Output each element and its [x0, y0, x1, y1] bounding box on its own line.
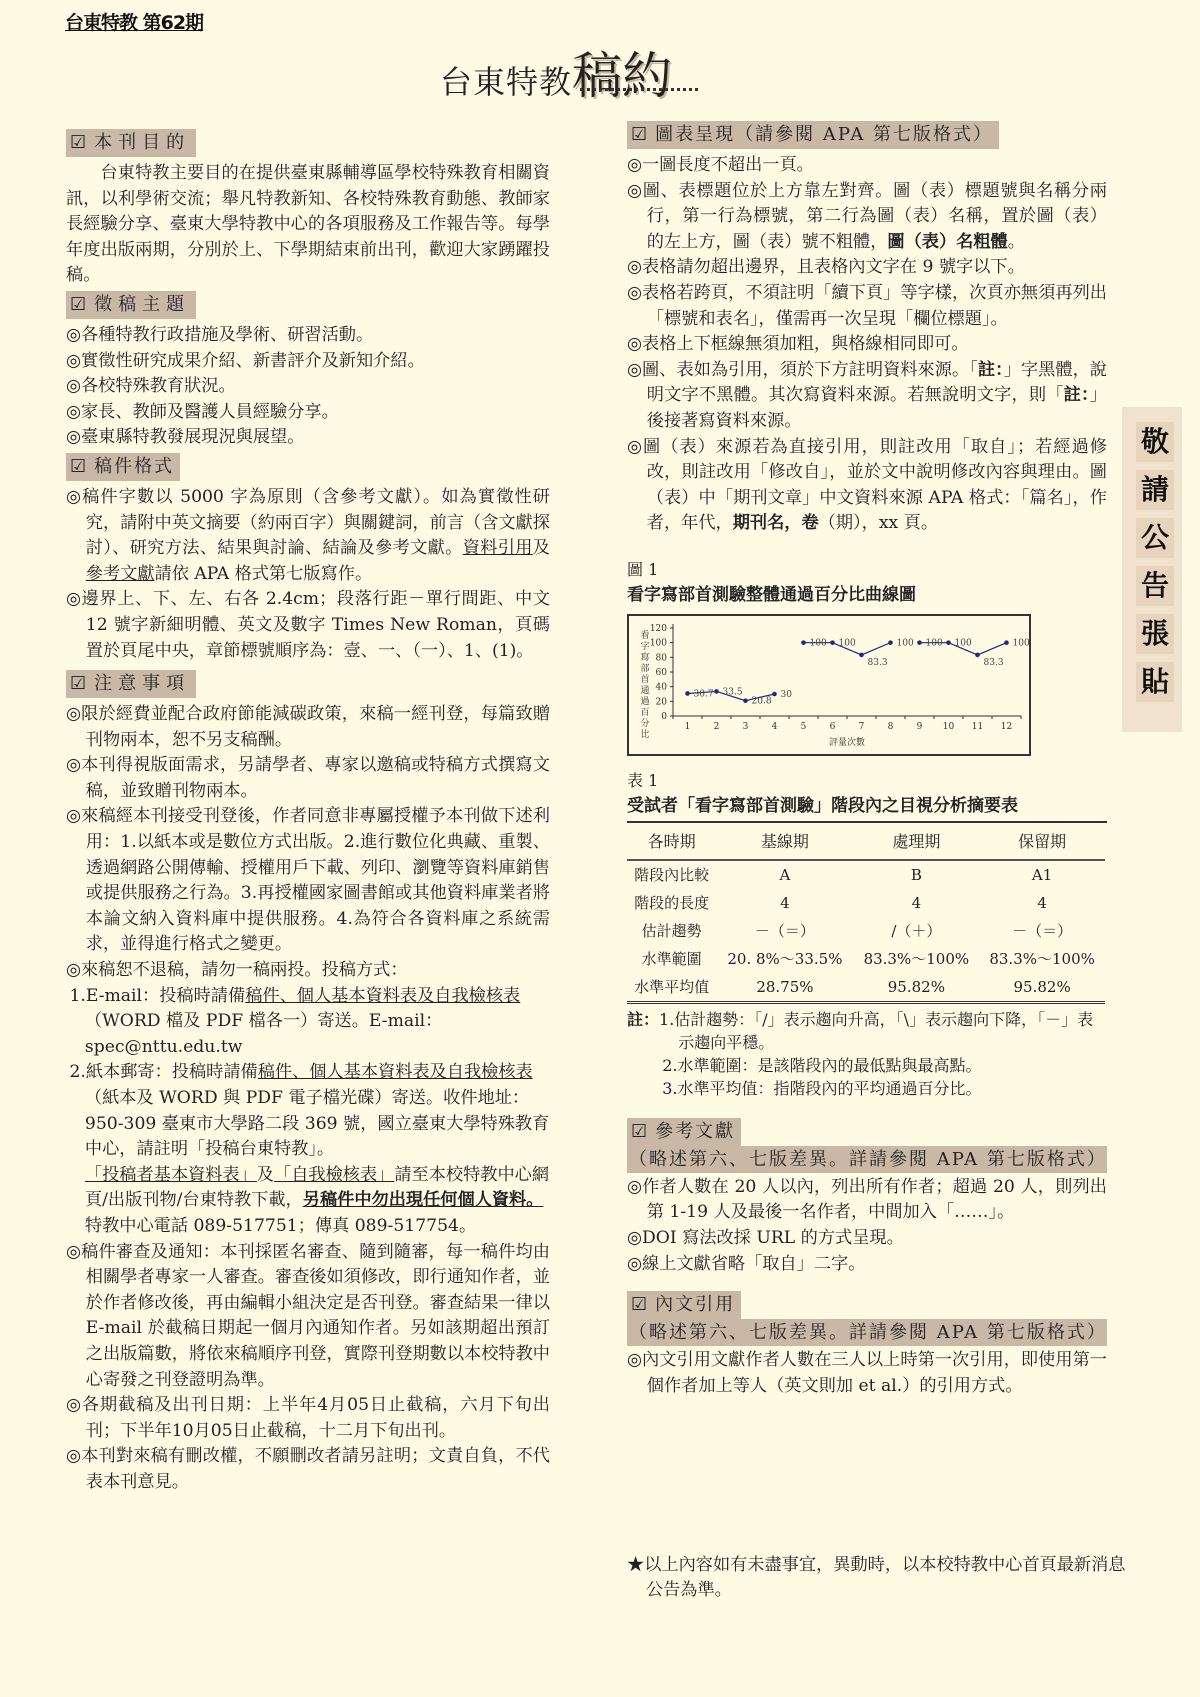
table-title: 受試者「看字寫部首測驗」階段內之目視分析摘要表	[627, 794, 1107, 824]
banner-char: 告	[1136, 566, 1174, 606]
checkbox-icon: ☑	[70, 456, 86, 477]
table-header-row: 各時期 基線期 處理期 保留期	[627, 823, 1105, 860]
svg-text:1: 1	[685, 722, 691, 732]
banner-char: 敬	[1136, 422, 1174, 462]
svg-text:12: 12	[1001, 722, 1012, 732]
citation-rule: ◎內文引用文獻作者人數在三人以上時第一次引用，即使用第一個作者加上等人（英文則加…	[627, 1348, 1107, 1399]
right-column: ☑圖表呈現（請參閱 APA 第七版格式） ◎一圖長度不超出一頁。 ◎圖、表標題位…	[627, 119, 1107, 1399]
submit-mail-method: 2.紙本郵寄：投稿時請備稿件、個人基本資料表及自我檢核表（紙本及 WORD 與 …	[66, 1060, 550, 1162]
notice-item: ◎限於經費並配合政府節能減碳政策，來稿一經刊登，每篇致贈刊物兩本，恕不另支稿酬。	[66, 702, 550, 753]
reference-rule: ◎DOI 寫法改採 URL 的方式呈現。	[627, 1226, 1107, 1252]
svg-text:100: 100	[839, 639, 856, 649]
svg-text:2: 2	[714, 722, 720, 732]
svg-text:100: 100	[810, 639, 827, 649]
topic-item: ◎臺東縣特教發展現況與展望。	[66, 425, 550, 451]
summary-table: 各時期 基線期 處理期 保留期 階段內比較ABA1 階段的長度444 估計趨勢－…	[627, 823, 1105, 1004]
svg-text:過: 過	[640, 696, 649, 707]
reference-rule: ◎作者人數在 20 人以內，列出所有作者；超過 20 人，則列出第 1-19 人…	[627, 1175, 1107, 1226]
svg-text:3: 3	[743, 722, 749, 732]
figure-rule: ◎表格請勿超出邊界，且表格內文字在 9 號字以下。	[627, 255, 1107, 281]
svg-text:80: 80	[656, 653, 668, 663]
banner-char: 張	[1136, 614, 1174, 654]
svg-text:83.3: 83.3	[868, 658, 888, 668]
svg-text:20.8: 20.8	[752, 697, 772, 707]
figure-rule: ◎表格若跨頁，不須註明「續下頁」等字樣，次頁亦無須再列出「標號和表名」，僅需再一…	[627, 281, 1107, 332]
checkbox-icon: ☑	[70, 132, 86, 153]
banner-char: 公	[1136, 518, 1174, 558]
svg-text:8: 8	[888, 722, 894, 732]
svg-text:4: 4	[772, 722, 778, 732]
figure-label: 圖 1	[627, 557, 1107, 583]
table-row: 水準平均值28.75%95.82%95.82%	[627, 973, 1105, 1003]
reference-rule: ◎線上文獻省略「取自」二字。	[627, 1252, 1107, 1278]
footer-note: ★以上內容如有未盡事宜，異動時，以本校特教中心首頁最新消息公告為準。	[627, 1553, 1126, 1603]
figure-rule: ◎圖、表如為引用，須於下方註明資料來源。「註：」字黑體，說明文字不黑體。其次寫資…	[627, 358, 1107, 435]
svg-text:6: 6	[830, 722, 836, 732]
figure-rule: ◎圖、表標題位於上方靠左對齊。圖（表）標題號與名稱分兩行，第一行為標號，第二行為…	[627, 179, 1107, 256]
figure-title: 看字寫部首測驗整體通過百分比曲線圖	[627, 583, 1107, 609]
table-label: 表 1	[627, 768, 1107, 794]
title-prefix: 台東特教	[440, 63, 572, 101]
citation-subheading: （略述第六、七版差異。詳請參閱 APA 第七版格式）	[627, 1319, 1107, 1346]
issue-label: 台東特教 第62期	[65, 8, 203, 35]
svg-text:5: 5	[801, 722, 807, 732]
svg-text:部: 部	[640, 662, 649, 674]
section-heading-purpose: ☑本刊目的	[66, 129, 196, 157]
notice-item: ◎本刊得視版面需求，另請學者、專家以邀稿或特稿方式撰寫文稿，並致贈刊物兩本。	[66, 753, 550, 804]
svg-text:百: 百	[640, 707, 649, 718]
notice-item: ◎各期截稿及出刊日期：上半年4月05日止截稿，六月下旬出刊；下半年10月05日止…	[66, 1393, 550, 1444]
table-row: 水準範圍20. 8%～33.5%83.3%～100%83.3%～100%	[627, 945, 1105, 973]
svg-text:30: 30	[781, 690, 793, 700]
svg-text:100: 100	[650, 639, 667, 649]
svg-text:分: 分	[640, 717, 649, 729]
format-item: ◎稿件字數以 5000 字為原則（含參考文獻）。如為實徵性研究，請附中英文摘要（…	[66, 485, 550, 587]
svg-text:7: 7	[859, 722, 865, 732]
left-column: ☑本刊目的 台東特教主要目的在提供臺東縣輔導區學校特殊教育相關資訊，以利學術交流…	[66, 127, 550, 1496]
section-heading-citation: ☑內文引用	[627, 1291, 741, 1319]
svg-text:33.5: 33.5	[723, 688, 743, 698]
svg-text:看: 看	[640, 629, 649, 641]
notice-item: ◎來稿恕不退稿，請勿一稿兩投。投稿方式：	[66, 958, 550, 984]
svg-text:100: 100	[1013, 639, 1030, 649]
title-dotted-underline	[580, 88, 698, 91]
references-subheading: （略述第六、七版差異。詳請參閱 APA 第七版格式）	[627, 1146, 1107, 1173]
table-row: 估計趨勢－（＝）/（＋）－（＝）	[627, 917, 1105, 945]
line-chart: 020406080100120123456789101112評量次數看字寫部首通…	[627, 614, 1031, 756]
section-heading-references: ☑參考文獻	[627, 1118, 741, 1146]
figure-rule: ◎表格上下框線無須加粗，與格線相同即可。	[627, 332, 1107, 358]
purpose-paragraph: 台東特教主要目的在提供臺東縣輔導區學校特殊教育相關資訊，以利學術交流；舉凡特教新…	[66, 161, 550, 289]
checkbox-icon: ☑	[631, 124, 647, 145]
checkbox-icon: ☑	[631, 1294, 647, 1315]
notice-item: ◎稿件審查及通知：本刊採匿名審查、隨到隨審，每一稿件均由相關學者專家一人審查。審…	[66, 1240, 550, 1394]
svg-text:通: 通	[640, 685, 649, 696]
contact-phone: 特教中心電話 089-517751；傳真 089-517754。	[66, 1214, 550, 1240]
figure-rule: ◎圖（表）來源若為直接引用，則註改用「取自」；若經過修改，則註改用「修改自」，並…	[627, 435, 1107, 537]
checkbox-icon: ☑	[631, 1121, 647, 1142]
download-forms-note: 「投稿者基本資料表」及「自我檢核表」請至本校特教中心網頁/出版刊物/台東特教下載…	[66, 1163, 550, 1214]
svg-text:10: 10	[943, 722, 955, 732]
notice-item: ◎本刊對來稿有刪改權，不願刪改者請另註明；文責自負，不代表本刊意見。	[66, 1444, 550, 1495]
section-heading-topics: ☑徵稿主題	[66, 291, 196, 319]
table-row: 階段內比較ABA1	[627, 860, 1105, 889]
topic-item: ◎各校特殊教育狀況。	[66, 374, 550, 400]
svg-text:首: 首	[640, 673, 649, 685]
section-heading-format: ☑稿件格式	[66, 453, 180, 481]
svg-text:30.7: 30.7	[694, 690, 714, 700]
chart-canvas: 020406080100120123456789101112評量次數看字寫部首通…	[629, 616, 1029, 754]
table-notes: 註：1.估計趨勢：「/」表示趨向升高，「\」表示趨向下降，「－」表示趨向平穩。 …	[627, 1008, 1107, 1100]
banner-char: 貼	[1136, 662, 1174, 702]
svg-text:40: 40	[656, 683, 668, 693]
section-heading-figures: ☑圖表呈現（請參閱 APA 第七版格式）	[627, 121, 999, 149]
svg-text:120: 120	[650, 624, 667, 634]
svg-text:60: 60	[656, 668, 668, 678]
checkbox-icon: ☑	[70, 294, 86, 315]
table-row: 階段的長度444	[627, 889, 1105, 917]
svg-text:9: 9	[917, 722, 923, 732]
svg-text:寫: 寫	[640, 651, 649, 663]
svg-text:100: 100	[955, 639, 972, 649]
page-title: 台東特教稿約	[440, 36, 672, 108]
topic-item: ◎各種特教行政措施及學術、研習活動。	[66, 323, 550, 349]
svg-text:字: 字	[640, 640, 649, 652]
topic-item: ◎家長、教師及醫護人員經驗分享。	[66, 400, 550, 426]
title-main: 稿約	[572, 47, 672, 105]
banner-char: 請	[1136, 470, 1174, 510]
svg-text:100: 100	[897, 639, 914, 649]
svg-text:20: 20	[656, 697, 668, 707]
svg-text:0: 0	[661, 712, 667, 722]
checkbox-icon: ☑	[70, 673, 86, 694]
svg-text:11: 11	[972, 722, 983, 732]
notice-item: ◎來稿經本刊接受刊登後，作者同意非專屬授權予本刊做下述利用：1.以紙本或是數位方…	[66, 804, 550, 958]
submit-email-method: 1.E-mail：投稿時請備稿件、個人基本資料表及自我檢核表（WORD 檔及 P…	[66, 984, 550, 1061]
svg-text:83.3: 83.3	[984, 658, 1004, 668]
svg-text:比: 比	[640, 728, 649, 740]
svg-text:評量次數: 評量次數	[829, 736, 865, 748]
format-item: ◎邊界上、下、左、右各 2.4cm；段落行距－單行間距、中文 12 號字新細明體…	[66, 587, 550, 664]
section-heading-notes: ☑注意事項	[66, 670, 196, 698]
figure-rule: ◎一圖長度不超出一頁。	[627, 153, 1107, 179]
topic-item: ◎實徵性研究成果介紹、新書評介及新知介紹。	[66, 349, 550, 375]
svg-text:100: 100	[926, 639, 943, 649]
